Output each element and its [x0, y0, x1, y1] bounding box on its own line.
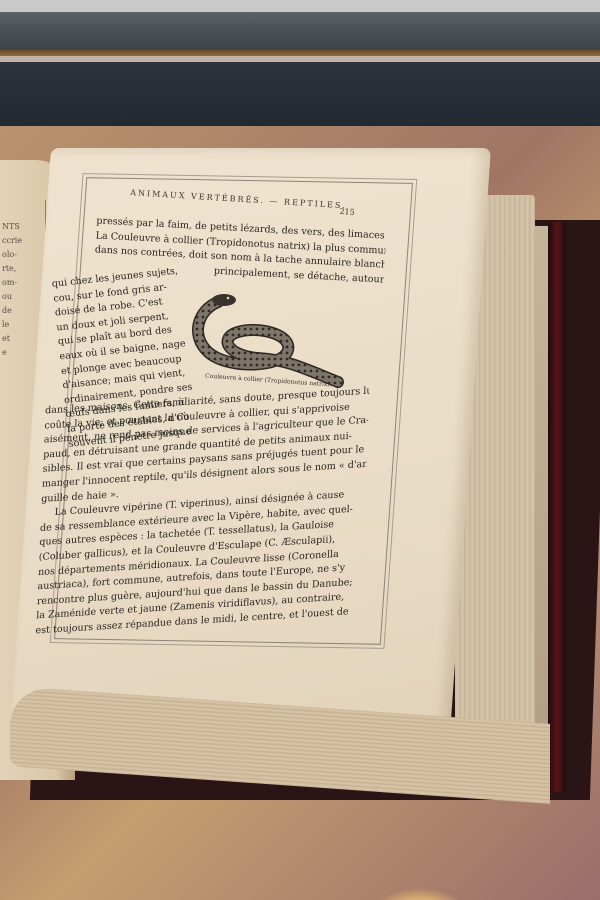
left-line: ou	[2, 290, 42, 304]
left-running-head: NTS	[2, 220, 42, 234]
left-line: olo-	[2, 248, 42, 262]
left-line: et	[2, 332, 42, 346]
left-line: de	[2, 304, 42, 318]
left-line: ccrie	[2, 234, 42, 248]
left-line: om-	[2, 276, 42, 290]
picture-frame-base	[0, 62, 600, 126]
left-page-text: NTS ccrie olo- rte, om- ou de le et e	[2, 220, 42, 360]
wall	[0, 0, 600, 12]
left-line: rte,	[2, 262, 42, 276]
body-paragraphs: dans les maisons. Cette familiarité, san…	[35, 385, 370, 639]
left-line: le	[2, 318, 42, 332]
picture-frame-molding	[0, 12, 600, 50]
page-number: 215	[339, 207, 355, 217]
book-cover-edge	[548, 222, 566, 792]
